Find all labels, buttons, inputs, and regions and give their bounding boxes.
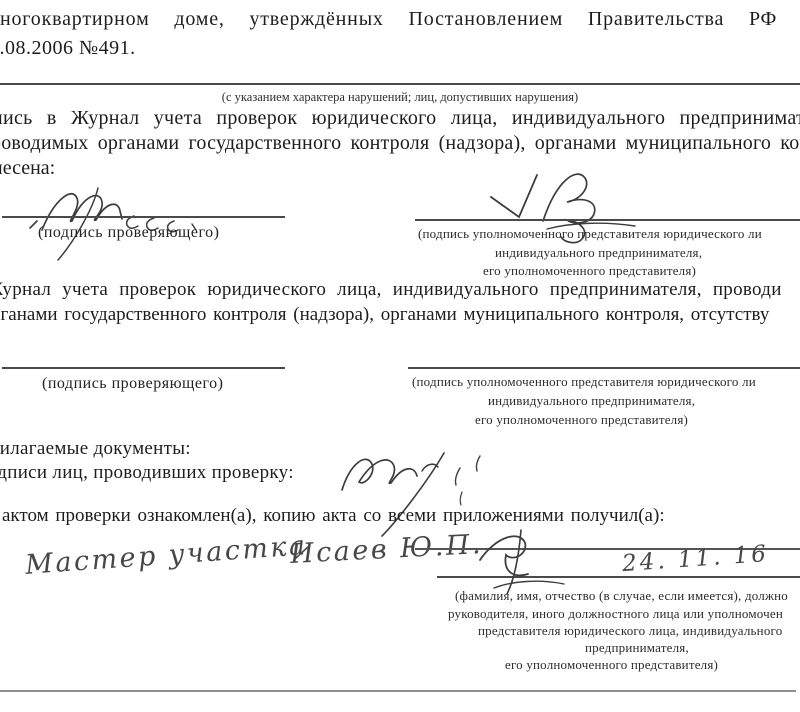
bottom-caption-line2: руководителя, иного должностного лица ил… — [448, 606, 783, 622]
top-paragraph-line2: 3.08.2006 №491. — [0, 37, 136, 60]
handwritten-position-title: Мастер участка — [24, 530, 308, 581]
signers-label: одписи лиц, проводивших проверку: — [0, 462, 294, 484]
violations-rule — [0, 83, 800, 85]
attached-docs-label: рилагаемые документы: — [0, 438, 191, 460]
journal-entry-line2: роводимых органами государственного конт… — [0, 132, 800, 155]
bottom-caption-line5: его уполномоченного представителя) — [505, 657, 718, 673]
sig1-right-caption-line3: его уполномоченного представителя) — [483, 263, 696, 279]
sig2-right-caption-line3: его уполномоченного представителя) — [475, 412, 688, 428]
sig2-right-caption-line1: (подпись уполномоченного представителя ю… — [412, 374, 756, 390]
sig2-left-line — [2, 367, 285, 369]
sig1-right-line — [415, 219, 800, 221]
journal-entry-line1: пись в Журнал учета проверок юридическог… — [0, 107, 800, 130]
sig1-left-line — [2, 216, 285, 218]
scanned-inspection-act-page: { "top": { "line1": "ногоквартирном доме… — [0, 0, 800, 712]
violations-caption: (с указанием характера нарушений; лиц, д… — [0, 90, 800, 105]
sig1-left-caption: (подпись проверяющего) — [38, 224, 219, 242]
sig2-left-caption: (подпись проверяющего) — [42, 375, 223, 393]
bottom-caption-line3: представителя юридического лица, индивид… — [478, 623, 782, 639]
journal-absent-line2: рганами государственного контроля (надзо… — [0, 304, 769, 326]
sig1-right-caption-line1: (подпись уполномоченного представителя ю… — [418, 226, 762, 242]
top-paragraph-line1: ногоквартирном доме, утверждённых Постан… — [0, 8, 777, 31]
bottom-caption-line4: предпринимателя, — [585, 640, 689, 656]
journal-absent-line1: Журнал учета проверок юридического лица,… — [0, 279, 782, 301]
handwritten-date: 24. 11. 16 — [621, 541, 770, 577]
bottom-caption-line1: (фамилия, имя, отчество (в случае, если … — [455, 588, 788, 604]
sig1-right-caption-line2: индивидуального предпринимателя, — [495, 245, 702, 261]
bottom-page-rule — [0, 690, 796, 692]
sig2-right-caption-line2: индивидуального предпринимателя, — [488, 393, 695, 409]
sig2-right-line — [408, 367, 800, 369]
